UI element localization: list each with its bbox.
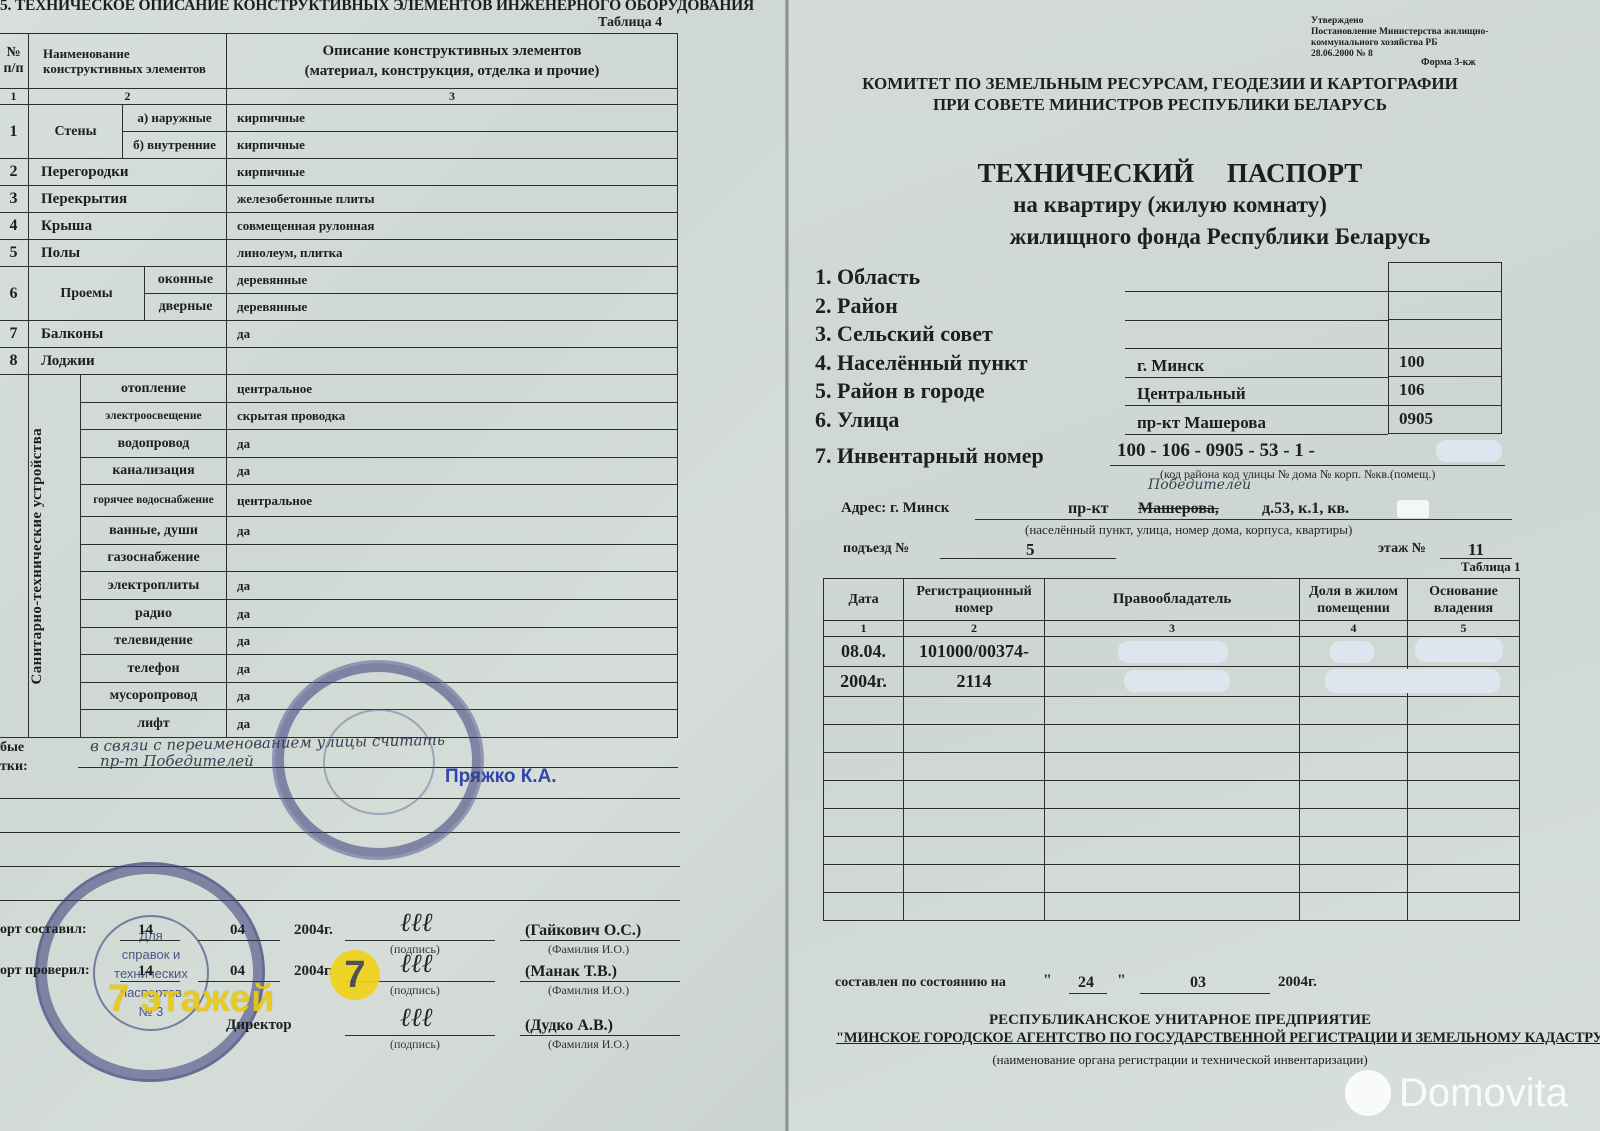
watermark-text: 7 этажей xyxy=(108,978,275,1021)
index-cell: 3 xyxy=(227,89,678,105)
entrance-value: 5 xyxy=(1026,540,1035,560)
table-cell xyxy=(904,697,1045,725)
entrance-label: подъезд № xyxy=(843,541,909,557)
handwritten-note-2: пр-т Победителей xyxy=(100,752,254,770)
row-num: 4 xyxy=(0,213,29,240)
field-code xyxy=(1389,292,1501,321)
row-name: Полы xyxy=(29,240,227,267)
index-cell: 1 xyxy=(824,621,904,637)
section-title: 5. ТЕХНИЧЕСКОЕ ОПИСАНИЕ КОНСТРУКТИВНЫХ Э… xyxy=(0,0,754,15)
row-sub: дверные xyxy=(145,294,227,321)
row-sub: оконные xyxy=(145,267,227,294)
table-cell xyxy=(1300,893,1408,921)
as-of-year: 2004г. xyxy=(1278,974,1317,991)
table-header-row: № п/п Наименование конструктивных элемен… xyxy=(0,34,678,89)
row-value: центральное xyxy=(227,375,678,403)
redacted-basis xyxy=(1325,669,1500,693)
row-num: 2 xyxy=(0,159,29,186)
table-cell xyxy=(1408,781,1520,809)
table-row: 1 Стены а) наружные кирпичные xyxy=(0,105,678,132)
table-cell xyxy=(904,725,1045,753)
table-cell xyxy=(904,893,1045,921)
field-code xyxy=(1389,263,1501,292)
org-caption: (наименование органа регистрации и техни… xyxy=(800,1052,1560,1068)
field-label: 2. Район xyxy=(815,293,898,319)
table-cell xyxy=(1045,865,1300,893)
signature-caption: (подпись) xyxy=(390,983,440,998)
table-cell xyxy=(1045,725,1300,753)
address-label: Адрес: г. Минск xyxy=(841,500,949,517)
committee-line: ПРИ СОВЕТЕ МИНИСТРОВ РЕСПУБЛИКИ БЕЛАРУСЬ xyxy=(790,94,1530,115)
signature-scribble: ℓℓℓ xyxy=(400,949,433,979)
signature-year: 2004г. xyxy=(294,922,333,939)
row-sub: лифт xyxy=(81,710,227,738)
table-row xyxy=(824,893,1520,921)
table-cell: 08.04. xyxy=(824,637,904,667)
row-value: деревянные xyxy=(227,294,678,321)
signatory-name: (Дудко А.В.) xyxy=(525,1017,613,1035)
header-desc: Описание конструктивных элементов (матер… xyxy=(227,34,678,89)
index-cell: 4 xyxy=(1300,621,1408,637)
row-name: Крыша xyxy=(29,213,227,240)
row-value: да xyxy=(227,458,678,485)
month-line xyxy=(1140,993,1270,994)
quote-open: " xyxy=(1043,972,1052,990)
table-cell xyxy=(904,781,1045,809)
stamp-line: справок и xyxy=(122,945,181,964)
table-cell xyxy=(1045,893,1300,921)
table-cell xyxy=(824,753,904,781)
row-value: да xyxy=(227,321,678,348)
table-row xyxy=(824,781,1520,809)
row-value: кирпичные xyxy=(227,159,678,186)
address-line xyxy=(975,519,1512,520)
table-cell xyxy=(1408,865,1520,893)
table-cell xyxy=(824,725,904,753)
row-value: деревянные xyxy=(227,267,678,294)
left-page: 5. ТЕХНИЧЕСКОЕ ОПИСАНИЕ КОНСТРУКТИВНЫХ Э… xyxy=(0,0,785,1131)
signatory-name: (Гайкович О.С.) xyxy=(525,922,641,940)
table-cell xyxy=(904,865,1045,893)
row-name: Стены xyxy=(29,105,123,159)
table-cell: 2004г. xyxy=(824,667,904,697)
signature-scribble: ℓℓℓ xyxy=(400,1003,433,1033)
address-house: д.53, к.1, кв. xyxy=(1262,500,1349,518)
index-cell: 1 xyxy=(0,89,29,105)
row-sub: электроосвещение xyxy=(81,403,227,430)
row-num: 1 xyxy=(0,105,29,159)
structural-elements-table: № п/п Наименование конструктивных элемен… xyxy=(0,33,678,738)
index-cell: 2 xyxy=(904,621,1045,637)
table-cell xyxy=(904,753,1045,781)
table-row xyxy=(824,697,1520,725)
row-name: Лоджии xyxy=(29,348,227,375)
table-cell xyxy=(824,809,904,837)
table-row: электроплитыда xyxy=(0,572,678,600)
document-subtitle: на квартиру (жилую комнату) xyxy=(790,192,1550,218)
table-cell xyxy=(824,837,904,865)
committee-heading: КОМИТЕТ ПО ЗЕМЕЛЬНЫМ РЕСУРСАМ, ГЕОДЕЗИИ … xyxy=(790,73,1530,115)
domovita-watermark: Domovita xyxy=(1345,1070,1568,1116)
code-box: 1001060905 xyxy=(1388,262,1502,434)
row-value xyxy=(227,348,678,375)
table-cell xyxy=(904,809,1045,837)
header-reg-number: Регистрационный номер xyxy=(904,579,1045,621)
row-value: да xyxy=(227,600,678,628)
as-of-label: составлен по состоянию на xyxy=(835,975,1006,991)
row-value: да xyxy=(227,655,678,683)
row-sub: телевидение xyxy=(81,628,227,655)
table-header-row: Дата Регистрационный номер Правообладате… xyxy=(824,579,1520,621)
floor-value: 11 xyxy=(1468,540,1484,560)
table-row: 2 Перегородки кирпичные xyxy=(0,159,678,186)
signature-role: орт составил: xyxy=(0,922,87,938)
committee-line: КОМИТЕТ ПО ЗЕМЕЛЬНЫМ РЕСУРСАМ, ГЕОДЕЗИИ … xyxy=(790,73,1530,94)
signature-caption: (подпись) xyxy=(390,1037,440,1052)
row-sub: газоснабжение xyxy=(81,545,227,572)
official-stamp-seal xyxy=(272,660,484,860)
header-date: Дата xyxy=(824,579,904,621)
table-row xyxy=(824,753,1520,781)
index-row: 1 2 3 xyxy=(0,89,678,105)
table-row: 5 Полы линолеум, плитка xyxy=(0,240,678,267)
header-num: № п/п xyxy=(0,34,29,89)
street-struck: Машерова, xyxy=(1138,500,1219,518)
day-line xyxy=(120,940,180,941)
name-caption: (Фамилия И.О.) xyxy=(548,942,629,957)
table-cell xyxy=(1300,865,1408,893)
approval-line: Постановление Министерства жилищно- xyxy=(1311,27,1488,38)
table-cell xyxy=(1045,781,1300,809)
field-line xyxy=(1125,405,1388,406)
table-row: 4 Крыша совмещенная рулонная xyxy=(0,213,678,240)
row-sub: телефон xyxy=(81,655,227,683)
field-line xyxy=(1125,291,1388,292)
row-sub: отопление xyxy=(81,375,227,403)
notes-label: бые тки: xyxy=(0,738,28,776)
index-cell: 3 xyxy=(1045,621,1300,637)
watermark-logo-icon: 7 xyxy=(330,950,380,1000)
table-cell xyxy=(824,865,904,893)
row-sub: водопровод xyxy=(81,430,227,458)
row-sub: горячее водоснабжение xyxy=(81,485,227,517)
row-value: да xyxy=(227,572,678,600)
table-cell xyxy=(1408,893,1520,921)
header-owner: Правообладатель xyxy=(1045,579,1300,621)
domovita-logo-icon xyxy=(1345,1070,1391,1116)
table-cell xyxy=(1045,809,1300,837)
row-num: 3 xyxy=(0,186,29,213)
table-cell xyxy=(824,697,904,725)
field-line xyxy=(1125,377,1388,378)
floor-label: этаж № xyxy=(1378,541,1426,557)
row-num-empty xyxy=(0,375,29,738)
table-cell xyxy=(824,893,904,921)
row-sub: ванные, души xyxy=(81,517,227,545)
ownership-table: Дата Регистрационный номер Правообладате… xyxy=(823,578,1520,921)
index-cell: 5 xyxy=(1408,621,1520,637)
notes-label-line: тки: xyxy=(0,757,28,776)
table-row xyxy=(824,725,1520,753)
row-sub: радио xyxy=(81,600,227,628)
row-value: кирпичные xyxy=(227,105,678,132)
field-label: 6. Улица xyxy=(815,407,899,433)
table-row: 8 Лоджии xyxy=(0,348,678,375)
handwritten-correction: Победителей xyxy=(1148,477,1251,493)
table-row: канализацияда xyxy=(0,458,678,485)
row-num: 7 xyxy=(0,321,29,348)
field-label: 4. Населённый пункт xyxy=(815,350,1028,376)
table-row xyxy=(824,809,1520,837)
field-code: 106 xyxy=(1389,377,1501,406)
field-line xyxy=(1125,320,1388,321)
field-value: пр-кт Машерова xyxy=(1137,413,1266,433)
header-ownership-basis: Основание владения xyxy=(1408,579,1520,621)
inventory-number: 100 - 106 - 0905 - 53 - 1 - xyxy=(1117,440,1315,462)
table-cell xyxy=(1408,697,1520,725)
redacted-flat xyxy=(1397,500,1429,518)
redacted-owner xyxy=(1124,670,1230,692)
table-cell xyxy=(1408,725,1520,753)
row-value xyxy=(227,545,678,572)
field-label: 5. Район в городе xyxy=(815,378,985,404)
table-cell xyxy=(1045,753,1300,781)
entrance-line xyxy=(940,558,1116,559)
name-caption: (Фамилия И.О.) xyxy=(548,1037,629,1052)
table-cell xyxy=(1408,809,1520,837)
table-cell xyxy=(1300,697,1408,725)
table-row: водопроводда xyxy=(0,430,678,458)
table-label: Таблица 4 xyxy=(598,15,662,31)
quote-close: " xyxy=(1117,972,1126,990)
table-cell xyxy=(904,837,1045,865)
field-label: 1. Область xyxy=(815,264,920,290)
index-cell: 2 xyxy=(29,89,227,105)
row-value: да xyxy=(227,517,678,545)
row-num: 8 xyxy=(0,348,29,375)
table-cell xyxy=(1300,753,1408,781)
table-cell xyxy=(1300,781,1408,809)
sanitary-group-cell: Санитарно-технические устройства xyxy=(29,375,81,738)
note-line xyxy=(0,866,680,867)
signature-year: 2004г. xyxy=(294,963,333,980)
approval-line: коммунального хозяйства РБ xyxy=(1311,38,1488,49)
approval-line: Утверждено xyxy=(1311,16,1488,27)
field-value: Центральный xyxy=(1137,384,1246,404)
table-cell xyxy=(824,781,904,809)
row-name: Проемы xyxy=(29,267,145,321)
table-cell xyxy=(1300,809,1408,837)
field-value: г. Минск xyxy=(1137,356,1204,376)
row-value: линолеум, плитка xyxy=(227,240,678,267)
table-row: Санитарно-технические устройстваотоплени… xyxy=(0,375,678,403)
as-of-month: 03 xyxy=(1190,974,1206,992)
header-share: Доля в жилом помещении xyxy=(1300,579,1408,621)
document-subtitle: жилищного фонда Республики Беларусь xyxy=(840,224,1600,250)
row-name: Перегородки xyxy=(29,159,227,186)
table-cell xyxy=(1408,753,1520,781)
name-caption: (Фамилия И.О.) xyxy=(548,983,629,998)
approval-note: Утверждено Постановление Министерства жи… xyxy=(1311,16,1488,60)
redacted-owner xyxy=(1118,641,1228,663)
signature-role: орт проверил: xyxy=(0,963,90,979)
signature-day: 14 xyxy=(138,922,153,939)
table1-label: Таблица 1 xyxy=(1461,559,1521,575)
row-name: Балконы xyxy=(29,321,227,348)
row-value: центральное xyxy=(227,485,678,517)
row-value: железобетонные плиты xyxy=(227,186,678,213)
document-title: ТЕХНИЧЕСКИЙ ПАСПОРТ xyxy=(790,158,1550,189)
row-value: скрытая проводка xyxy=(227,403,678,430)
table-row: горячее водоснабжениецентральное xyxy=(0,485,678,517)
row-value: совмещенная рулонная xyxy=(227,213,678,240)
header-name: Наименование конструктивных элементов xyxy=(29,34,227,89)
row-num: 6 xyxy=(0,267,29,321)
field-code: 0905 xyxy=(1389,406,1501,435)
row-sub: мусоропровод xyxy=(81,683,227,710)
table-row xyxy=(824,837,1520,865)
as-of-day: 24 xyxy=(1078,974,1094,992)
row-sub: электроплиты xyxy=(81,572,227,600)
table-row: радиода xyxy=(0,600,678,628)
form-number: Форма 3-кж xyxy=(1421,57,1476,68)
field-code xyxy=(1389,320,1501,349)
row-value: да xyxy=(227,430,678,458)
street-prefix: пр-кт xyxy=(1068,500,1109,518)
index-row: 1 2 3 4 5 xyxy=(824,621,1520,637)
redacted-share xyxy=(1330,641,1374,663)
field-code: 100 xyxy=(1389,349,1501,378)
table-cell xyxy=(1300,725,1408,753)
inventory-label: 7. Инвентарный номер xyxy=(815,443,1044,469)
table-row: газоснабжение xyxy=(0,545,678,572)
signature-month: 04 xyxy=(230,922,245,939)
table-row: ванные, душида xyxy=(0,517,678,545)
row-value: да xyxy=(227,628,678,655)
row-sub: канализация xyxy=(81,458,227,485)
day-line xyxy=(1069,993,1107,994)
table-cell: 101000/00374- xyxy=(904,637,1045,667)
field-label: 3. Сельский совет xyxy=(815,321,993,347)
table-cell xyxy=(1045,697,1300,725)
table-row: 3 Перекрытия железобетонные плиты xyxy=(0,186,678,213)
address-caption: (населённый пункт, улица, номер дома, ко… xyxy=(1025,522,1352,538)
field-line xyxy=(1125,434,1388,435)
table-cell xyxy=(1300,837,1408,865)
row-name: Перекрытия xyxy=(29,186,227,213)
month-line xyxy=(198,940,280,941)
redacted-basis xyxy=(1415,638,1503,662)
domovita-text: Domovita xyxy=(1399,1071,1568,1116)
row-sub: а) наружные xyxy=(123,105,227,132)
table-row: 7 Балконы да xyxy=(0,321,678,348)
table-cell xyxy=(1408,837,1520,865)
table-row: 6 Проемы оконные деревянные xyxy=(0,267,678,294)
table-row: электроосвещениескрытая проводка xyxy=(0,403,678,430)
signatory-name: (Манак Т.В.) xyxy=(525,963,617,981)
sanitary-group-label: Санитарно-технические устройства xyxy=(29,428,46,684)
row-num: 5 xyxy=(0,240,29,267)
org-line-2: "МИНСКОЕ ГОРОДСКОЕ АГЕНТСТВО ПО ГОСУДАРС… xyxy=(836,1030,1600,1047)
stamp-emblem xyxy=(323,709,435,815)
signature-scribble: ℓℓℓ xyxy=(400,908,433,938)
redacted-apartment xyxy=(1436,440,1502,462)
table-row: телевидениеда xyxy=(0,628,678,655)
table-row xyxy=(824,865,1520,893)
row-value: кирпичные xyxy=(227,132,678,159)
field-line xyxy=(1125,348,1388,349)
row-sub: б) внутренние xyxy=(123,132,227,159)
notes-label-line: бые xyxy=(0,738,28,757)
table-cell xyxy=(1045,837,1300,865)
table-cell: 2114 xyxy=(904,667,1045,697)
org-line-1: РЕСПУБЛИКАНСКОЕ УНИТАРНОЕ ПРЕДПРИЯТИЕ xyxy=(800,1012,1560,1029)
